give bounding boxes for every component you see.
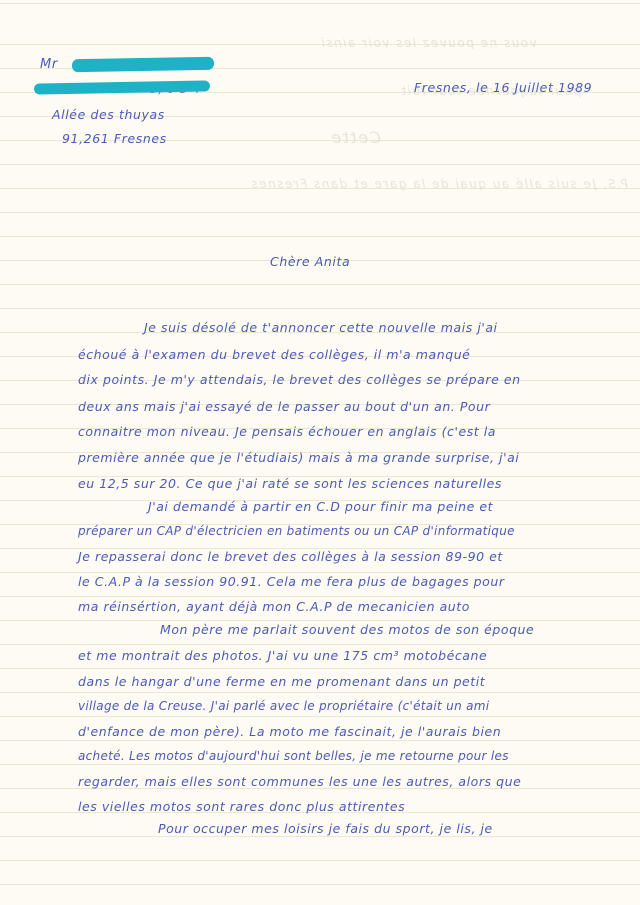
body-line: J'ai demandé à partir en C.D pour finir … — [148, 499, 493, 514]
body-line: les vielles motos sont rares donc plus a… — [78, 799, 405, 814]
sender-street: Allée des thuyas — [52, 107, 165, 122]
body-line: village de la Creuse. J'ai parlé avec le… — [78, 699, 489, 713]
body-line: ma réinsértion, ayant déjà mon C.A.P de … — [78, 599, 470, 614]
body-line: Je suis désolé de t'annoncer cette nouve… — [144, 320, 498, 335]
body-line: le C.A.P à la session 90.91. Cela me fer… — [78, 574, 505, 589]
body-line: dix points. Je m'y attendais, le brevet … — [78, 372, 521, 387]
salutation: Chère Anita — [270, 254, 350, 269]
sender-postal-city: 91,261 Fresnes — [62, 131, 167, 146]
sender-name-prefix: Mr — [40, 57, 58, 72]
show-through-text: P.S. Je suis allé au quai de la gare et … — [250, 177, 628, 191]
body-line: regarder, mais elles sont communes les u… — [78, 774, 521, 789]
body-line: échoué à l'examen du brevet des collèges… — [78, 347, 470, 362]
body-line: eu 12,5 sur 20. Ce que j'ai raté se sont… — [78, 476, 502, 491]
body-line: préparer un CAP d'électricien en batimen… — [78, 524, 515, 538]
body-line: connaitre mon niveau. Je pensais échouer… — [78, 424, 496, 439]
body-line: Pour occuper mes loisirs je fais du spor… — [158, 821, 493, 836]
body-line: acheté. Les motos d'aujourd'hui sont bel… — [78, 749, 509, 763]
place-date: Fresnes, le 16 Juillet 1989 — [414, 80, 592, 95]
show-through-text: vous ne pouvez les voir ainsi — [320, 36, 537, 50]
body-line: deux ans mais j'ai essayé de le passer a… — [78, 399, 490, 414]
show-through-text: Cette — [330, 128, 381, 147]
redacted-sender-name — [72, 57, 214, 72]
body-line: première année que je l'étudiais) mais à… — [78, 450, 519, 465]
body-line: et me montrait des photos. J'ai vu une 1… — [78, 648, 487, 663]
letter-page: vous ne pouvez les voir ainsi pour la jo… — [0, 0, 640, 905]
body-line: Je repasserai donc le brevet des collège… — [78, 549, 503, 564]
body-line: dans le hangar d'une ferme en me promena… — [78, 674, 485, 689]
body-line: d'enfance de mon père). La moto me fasci… — [78, 724, 501, 739]
body-line: Mon père me parlait souvent des motos de… — [160, 622, 534, 637]
